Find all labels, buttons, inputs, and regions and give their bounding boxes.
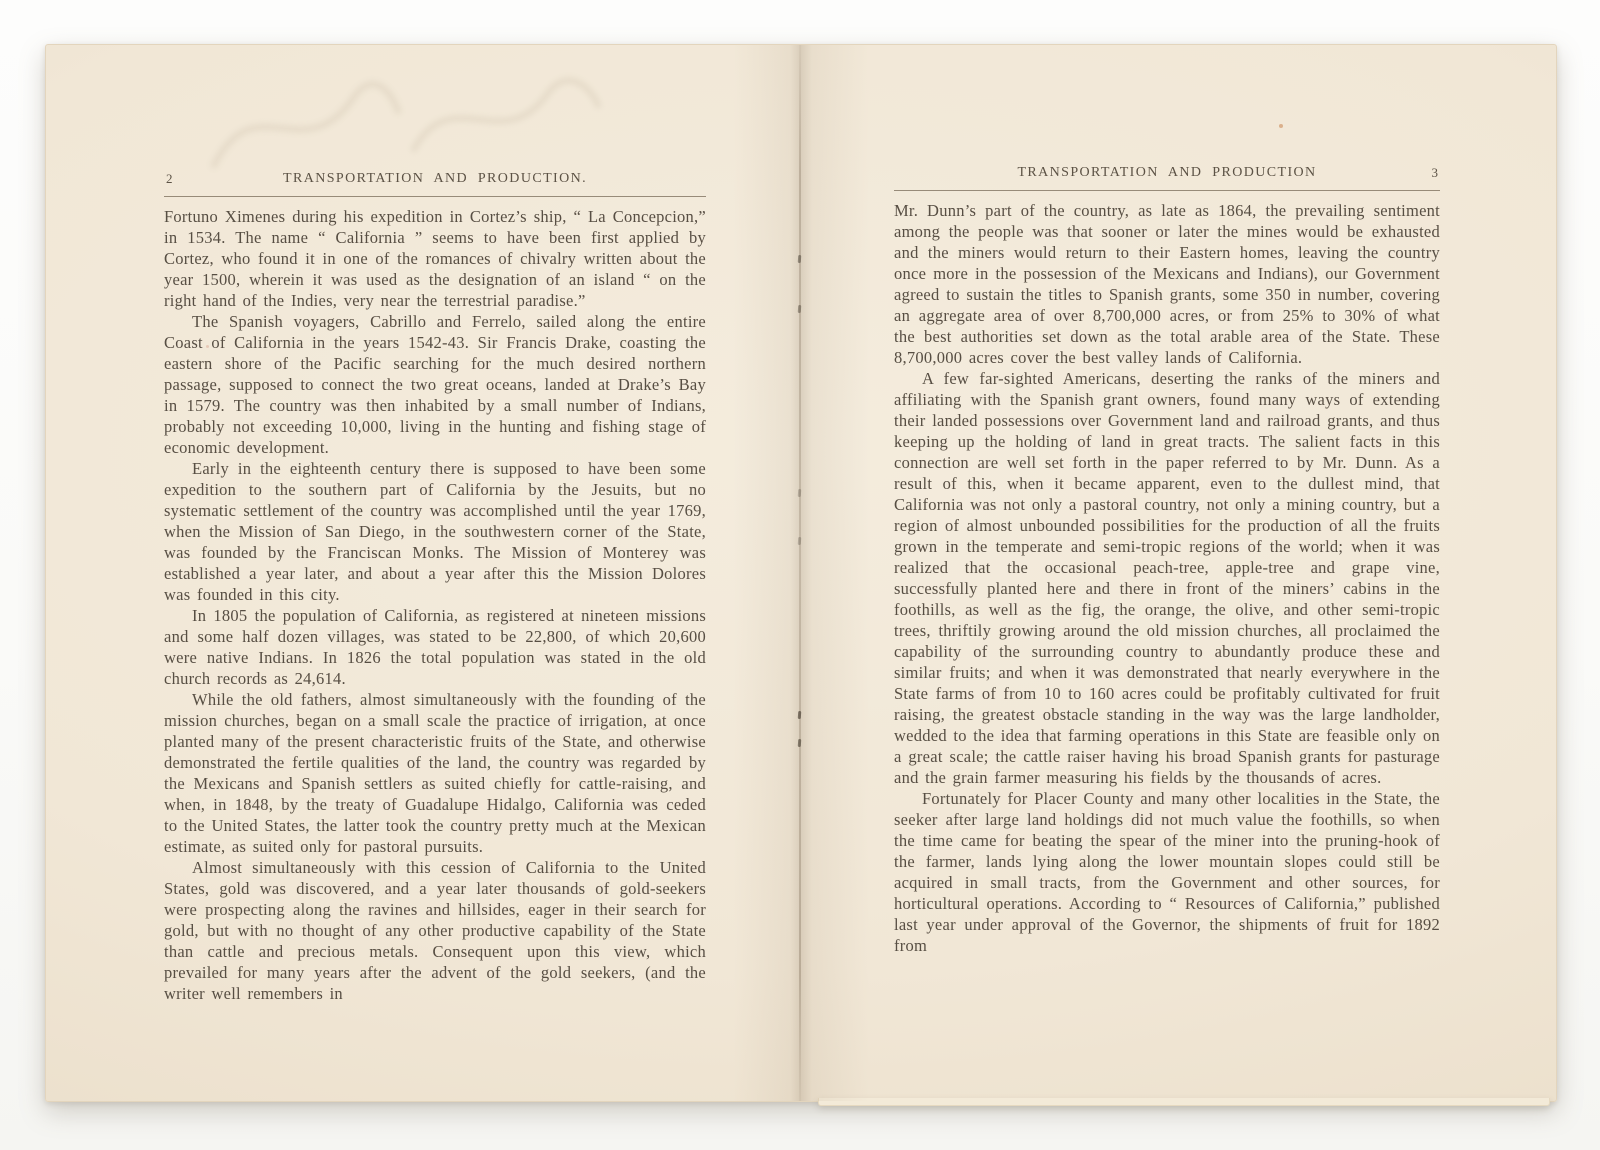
- paragraph: A few far-sighted Americans, deserting t…: [894, 368, 1440, 788]
- header-rule-left: [164, 196, 706, 197]
- running-head-left: TRANSPORTATION AND PRODUCTION.: [283, 171, 587, 186]
- paragraph: The Spanish voyagers, Cabrillo and Ferre…: [164, 311, 706, 458]
- book-spread: 2 TRANSPORTATION AND PRODUCTION. Fortuno…: [45, 44, 1557, 1102]
- page-2-header: 2 TRANSPORTATION AND PRODUCTION.: [164, 169, 706, 191]
- page-2-text: Fortuno Ximenes during his expedition in…: [164, 206, 706, 1004]
- paragraph: Early in the eighteenth century there is…: [164, 458, 706, 605]
- stitch-thread: [798, 537, 802, 545]
- underlying-page-edge: [818, 1098, 1550, 1106]
- page-number-left: 2: [166, 171, 173, 187]
- page-2: 2 TRANSPORTATION AND PRODUCTION. Fortuno…: [164, 169, 706, 1004]
- gutter-shadow: [733, 45, 869, 1101]
- photo-background: 2 TRANSPORTATION AND PRODUCTION. Fortuno…: [0, 0, 1600, 1150]
- page-number-right: 3: [1432, 165, 1439, 181]
- page-3: TRANSPORTATION AND PRODUCTION 3 Mr. Dunn…: [894, 163, 1440, 956]
- stitch-thread: [798, 711, 802, 719]
- paragraph: Fortuno Ximenes during his expedition in…: [164, 206, 706, 311]
- paragraph: Fortunately for Placer County and many o…: [894, 788, 1440, 956]
- running-head-right: TRANSPORTATION AND PRODUCTION: [1017, 165, 1316, 180]
- page-3-header: TRANSPORTATION AND PRODUCTION 3: [894, 163, 1440, 185]
- paragraph: Almost simultaneously with this cession …: [164, 857, 706, 1004]
- header-rule-right: [894, 190, 1440, 191]
- stitch-thread: [798, 489, 802, 497]
- stitch-thread: [798, 255, 802, 263]
- stitch-thread: [798, 305, 802, 313]
- stitch-thread: [798, 739, 802, 747]
- paragraph: While the old fathers, almost simultaneo…: [164, 689, 706, 857]
- paragraph: In 1805 the population of California, as…: [164, 605, 706, 689]
- center-fold: [799, 45, 801, 1101]
- paper-speck: [1279, 124, 1283, 128]
- paper-speck: [206, 345, 209, 348]
- paragraph: Mr. Dunn’s part of the country, as late …: [894, 200, 1440, 368]
- page-3-text: Mr. Dunn’s part of the country, as late …: [894, 200, 1440, 956]
